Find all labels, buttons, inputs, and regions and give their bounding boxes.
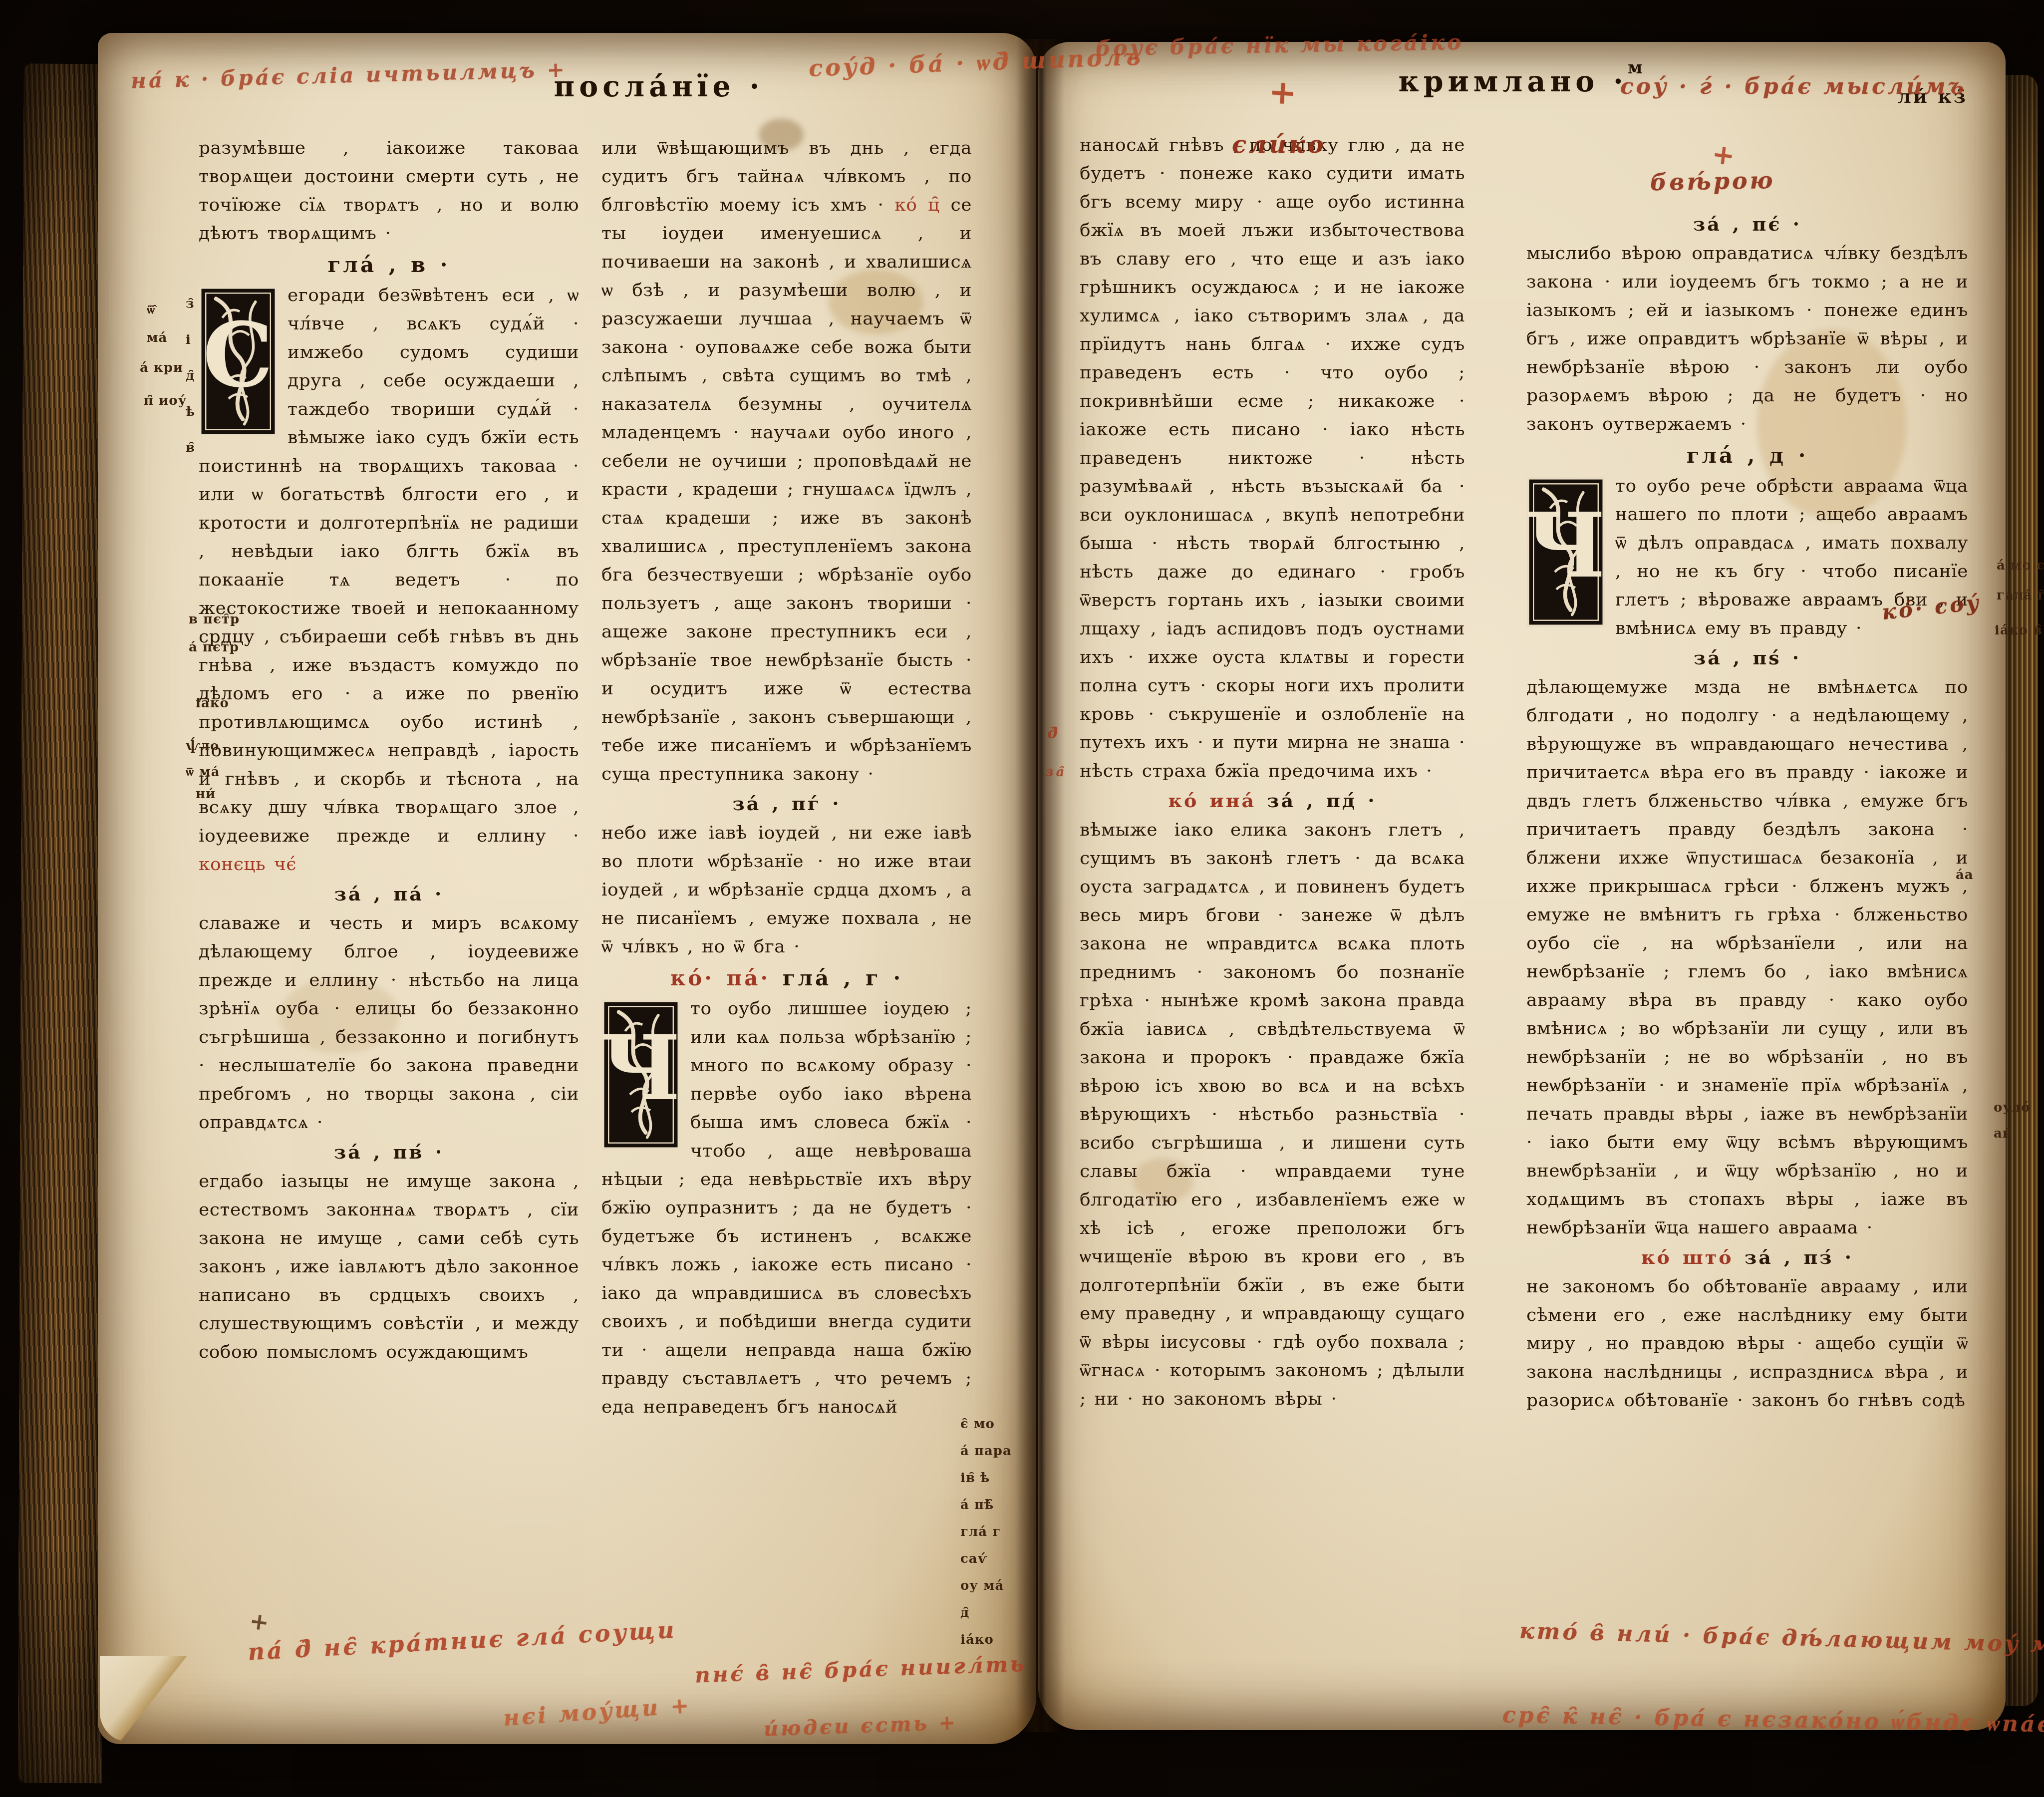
body-paragraph: не закономъ бо обѣтованїе аврааму , или … (1526, 1272, 1968, 1415)
body-paragraph: славаже и честь и миръ всѧкому дѣлающему… (199, 909, 579, 1137)
red-cross-right-col2: + (1711, 138, 1739, 172)
marginal-note-line: д̑ (960, 1606, 1012, 1633)
text-run: разумѣвше , іакоиже таковаа творѧщеи дос… (199, 138, 579, 244)
marginal-note-line: а́ пѣ̑ (960, 1498, 1012, 1525)
text-run: за́ , пв́ · (334, 1141, 444, 1163)
rubric-text: ко́· па́· (670, 966, 783, 990)
running-title-text: кримлано · (1399, 65, 1628, 98)
bottom-left-dark-cross: + (248, 1607, 273, 1637)
text-run: гла́ , г · (783, 966, 903, 990)
right-top-red-note-2: соу́ · ѓ · бра́є мысли́мъ (1620, 74, 1967, 99)
zachalo-lection-mark: за́ , пв́ · (199, 1138, 579, 1166)
marginal-note-line: в̑ (186, 441, 195, 477)
book-photograph: посла́нїе · кримлано ·м ли́ кз̑ разумѣвш… (0, 0, 2044, 1797)
page-corner-curl (100, 1656, 220, 1742)
svg-text:Ч: Ч (601, 1016, 680, 1121)
body-paragraph: вѣмыже іако елика законъ глетъ , сущимъ … (1080, 816, 1465, 1413)
text-run: за́ , пє́ · (1693, 213, 1801, 235)
chapter-heading: гла́ , в · (199, 251, 579, 279)
marginal-note-line: ѿ̑ (147, 303, 167, 331)
marginal-note-line: а́ пєт̑р (189, 641, 240, 669)
chapter-heading: ко́· па́· гла́ , г · (601, 964, 972, 992)
text-run: наносѧй гнѣвъ ; по чл́вку глю , да не бу… (1080, 135, 1465, 781)
marginal-note-line: ни́ (196, 788, 216, 815)
text-run: гла́ , д · (1687, 443, 1808, 468)
marginal-note-line: а́ кри (140, 361, 183, 388)
rubric-text: ко́ ина́ (1168, 789, 1267, 812)
text-run: за́ , пѕ́ · (1694, 646, 1801, 669)
text-run: егдабо іазыцы не имуще закона , естество… (199, 1171, 579, 1362)
zachalo-lection-mark: за́ , па́ · (199, 880, 579, 908)
margin-note-aa: а́а (1956, 869, 1974, 894)
zachalo-lection-mark: ко́ ина́ за́ , пд́ · (1080, 786, 1465, 815)
margin-note-a-kri: а́ кри (140, 361, 183, 388)
body-paragraph: или ѿвѣщающимъ въ днь , егда судитъ бгъ … (601, 134, 972, 788)
ornate-initial-letter: С (199, 286, 278, 437)
text-run: небо иже іавѣ іоудей , ни еже іавѣ во пл… (601, 823, 972, 957)
text-run: се ты іоудеи именуешисѧ , и почиваеши на… (601, 195, 972, 784)
marginal-note-line: д̑ (186, 369, 195, 405)
marginal-note-line: п̑ иоу́ (144, 394, 187, 421)
text-run: за́ , пз́ · (1745, 1246, 1853, 1268)
body-paragraph: Что оубо лишшее іоудею ; или каѧ польза … (601, 994, 972, 1421)
marginal-note-line: оу ма́ (960, 1579, 1012, 1606)
left-fore-edge-pages (18, 64, 108, 1784)
text-run: не закономъ бо обѣтованїе аврааму , или … (1526, 1276, 1968, 1411)
marginal-note-line: гала́ г̑ (1997, 589, 2044, 614)
text-run: мыслибо вѣрою оправдатисѧ чл́вку бездѣлъ… (1526, 243, 1968, 434)
text-run: гла́ , в · (328, 253, 450, 277)
svg-text:С: С (203, 302, 274, 407)
book-gutter (1016, 39, 1064, 1732)
zachalo-lection-mark: за́ , пѕ́ · (1526, 643, 1968, 672)
marginal-note-line: саѵ́ (960, 1552, 1012, 1579)
margin-note-ni: ни́ (196, 788, 216, 815)
gutter-red-mark-2: за̑ (1045, 765, 1067, 780)
marginal-note-line: ів̑ ѣ (960, 1472, 1012, 1498)
marginal-note-line: ѱ́ло (186, 740, 220, 766)
zachalo-lection-mark: за́ , пѓ · (601, 789, 972, 818)
text-run: за́ , пд́ · (1267, 789, 1376, 812)
margin-note-ulo: оуло́ав̑ (1994, 1101, 2031, 1153)
rubric-text: ко́ што́ (1641, 1246, 1745, 1268)
text-run: дѣлающемуже мзда не вмѣнѧетсѧ по блгодат… (1526, 677, 1968, 1238)
margin-note-iako-right: іа́ко в̑ (1995, 624, 2043, 649)
margin-note-zdev: з̑ід̑ѣв̑ (186, 298, 195, 477)
marginal-note-line: в пєт̑р (189, 613, 240, 641)
marginal-note-line: і (186, 333, 195, 369)
marginal-note-line: з̑ (186, 298, 195, 333)
gutter-red-mark-1: д̑ (1047, 725, 1060, 742)
text-run: за́ , па́ · (334, 883, 443, 905)
margin-note-gala: гала́ г̑ (1997, 589, 2044, 614)
margin-note-iako-left: іа́ко (196, 697, 229, 724)
marginal-note-line: гла́ г (960, 1525, 1012, 1552)
body-paragraph: наносѧй гнѣвъ ; по чл́вку глю , да не бу… (1080, 131, 1465, 785)
text-run: за́ , пѓ · (732, 792, 841, 815)
left-page-column-2: или ѿвѣщающимъ въ днь , егда судитъ бгъ … (601, 134, 972, 1634)
right-page-column-1: наносѧй гнѣвъ ; по чл́вку глю , да не бу… (1080, 131, 1465, 1624)
margin-note-p-iu: п̑ иоу́ (144, 394, 187, 421)
margin-note-ot-ma: ѿ̑ма́ (147, 303, 167, 359)
body-paragraph: дѣлающемуже мзда не вмѣнѧетсѧ по блгодат… (1526, 673, 1968, 1242)
marginal-note-line: ѣ (186, 405, 195, 441)
marginal-note-line: ав̑ (1994, 1127, 2031, 1153)
svg-text:Ч: Ч (1526, 493, 1605, 598)
ornate-initial-letter: Ч (601, 999, 680, 1150)
zachalo-lection-mark: за́ , пє́ · (1526, 210, 1968, 238)
margin-note-a-mo: а́ мо єі (1997, 559, 2044, 584)
body-paragraph: мыслибо вѣрою оправдатисѧ чл́вку бездѣлъ… (1526, 239, 1968, 438)
rubric-text: конєць чє́ (199, 854, 296, 875)
margin-note-psalm: ѱ́лоѿ ма́ (186, 740, 220, 792)
body-paragraph: Сегоради безѿвѣтенъ еси , ѡ чл́вче , всѧ… (199, 281, 579, 879)
marginal-note-line: а́ пара (960, 1445, 1012, 1472)
marginal-note-line: іа́ко (960, 1633, 1012, 1660)
margin-note-left-inner-stack: є̑ моа́ параів̑ ѣа́ пѣ̑гла́ гсаѵ́оу ма́д… (960, 1418, 1012, 1660)
red-note-bveroiu: бвѣ́рою (1650, 167, 1776, 196)
red-note-eliko: єли́ко (1232, 131, 1326, 159)
red-cross-right-col1: + (1267, 72, 1300, 113)
body-paragraph: разумѣвше , іакоиже таковаа творѧщеи дос… (199, 134, 579, 248)
body-paragraph: небо иже іавѣ іоудей , ни еже іавѣ во пл… (601, 819, 972, 961)
chapter-heading: гла́ , д · (1526, 441, 1968, 470)
rubric-text: ко́ ц̑ (894, 195, 940, 215)
marginal-note-line: іа́ко (196, 697, 229, 724)
text-run: вѣмыже іако елика законъ глетъ , сущимъ … (1080, 820, 1465, 1409)
text-run: славаже и честь и миръ всѧкому дѣлающему… (199, 913, 579, 1133)
marginal-note-line: а́ мо єі (1997, 559, 2044, 584)
margin-note-petr: в пєт̑ра́ пєт̑р (189, 613, 240, 669)
marginal-note-line: ма́ (147, 331, 167, 359)
marginal-note-line: оуло́ (1994, 1101, 2031, 1127)
left-page-column-1: разумѣвше , іакоиже таковаа творѧщеи дос… (199, 134, 579, 1634)
body-paragraph: егдабо іазыцы не имуще закона , естество… (199, 1167, 579, 1366)
marginal-note-line: іа́ко в̑ (1995, 624, 2043, 649)
marginal-note-line: а́а (1956, 869, 1974, 894)
marginal-note-line: є̑ мо (960, 1418, 1012, 1445)
right-page-column-2: за́ , пє́ ·мыслибо вѣрою оправдатисѧ чл́… (1526, 209, 1968, 1609)
ornate-initial-letter: Ч (1526, 477, 1605, 627)
zachalo-lection-mark: ко́ што́ за́ , пз́ · (1526, 1243, 1968, 1271)
